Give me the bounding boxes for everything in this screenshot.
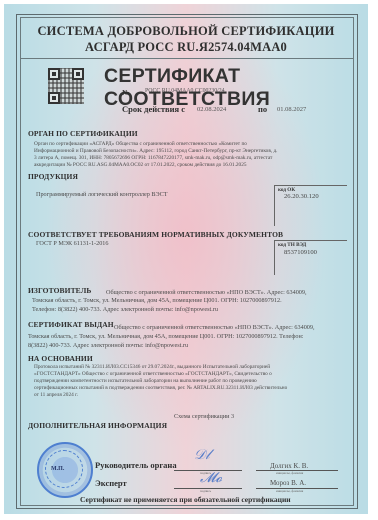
certificate-page: СИСТЕМА ДОБРОВОЛЬНОЙ СЕРТИФИКАЦИИ АСГАРД…	[4, 4, 368, 514]
section-heading-basis: НА ОСНОВАНИИ	[28, 354, 93, 363]
head-signature: 𝒟𝓁	[194, 447, 210, 463]
manufacturer-line2: Томская область, г. Томск, ул. Мельнична…	[32, 297, 282, 305]
standard-document: ГОСТ Р МЭК 61131-1-2016	[36, 240, 109, 248]
section-heading-cert-body: ОРГАН ПО СЕРТИФИКАЦИИ	[28, 129, 138, 138]
seal-stamp: М.П.	[37, 442, 93, 498]
head-name-caption: инициалы, фамилия	[276, 471, 303, 475]
expert-name: Мороз В. А.	[270, 479, 306, 487]
footer-note: Сертификат не применяется при обязательн…	[80, 495, 291, 504]
issued-to-line1: Общество с ограниченной ответственностью…	[114, 324, 315, 332]
basis-text: Протокола испытаний № 32311.ИЛ03.СС15346…	[34, 364, 349, 399]
head-label: Руководитель органа	[95, 460, 177, 470]
issued-to-line2: Томская область, г. Томск, ул. Мельнична…	[28, 333, 304, 341]
system-name-line1: СИСТЕМА ДОБРОВОЛЬНОЙ СЕРТИФИКАЦИИ	[20, 24, 352, 39]
qr-code	[48, 68, 84, 104]
section-heading-issued-to: СЕРТИФИКАТ ВЫДАН	[28, 320, 114, 329]
section-heading-product: ПРОДУКЦИЯ	[28, 172, 78, 181]
expert-name-caption: инициалы, фамилия	[276, 489, 303, 493]
valid-from-date: 02.08.2024	[197, 106, 226, 113]
stamp-label: М.П.	[51, 466, 64, 472]
tnved-code-value: 8537109100	[284, 249, 347, 256]
cert-body-text: Орган по сертификации «АСГАРД» Общества …	[34, 141, 344, 169]
tnved-code-label: код ТН ВЭД	[278, 242, 347, 248]
system-registration: АСГАРД РОСС RU.Я2574.04МАА0	[20, 40, 352, 55]
section-heading-standards: СООТВЕТСТВУЕТ ТРЕБОВАНИЯМ НОРМАТИВНЫХ ДО…	[28, 230, 283, 239]
issued-to-line3: 8(3822) 400-733. Адрес электронной почты…	[28, 342, 188, 350]
section-heading-additional: ДОПОЛНИТЕЛЬНАЯ ИНФОРМАЦИЯ	[28, 421, 167, 430]
valid-to-date: 01.08.2027	[277, 106, 306, 113]
expert-signature: 𝓜𝓸	[200, 470, 222, 486]
product-name: Программируемый логический контроллер ВЭ…	[36, 191, 168, 199]
manufacturer-line3: Телефон: 8(3822) 400-733. Адрес электрон…	[32, 306, 218, 314]
expert-sign-caption: подпись	[200, 489, 211, 493]
number-label: №	[122, 88, 130, 97]
tnved-code-box: код ТН ВЭД 8537109100	[274, 240, 347, 275]
valid-to-label: по	[258, 104, 267, 114]
certificate-number: РОСС RU.04МАА0.СС00230/24	[145, 88, 225, 94]
validity-label: Срок действия с	[122, 104, 185, 114]
ok-code-value: 26.20.30.120	[284, 193, 347, 200]
section-heading-manufacturer: ИЗГОТОВИТЕЛЬ	[28, 286, 91, 295]
ok-code-box: код ОК 26.20.30.120	[274, 185, 347, 226]
divider	[20, 58, 353, 59]
certification-scheme: Схема сертификации 3	[174, 413, 234, 421]
expert-label: Эксперт	[95, 478, 127, 488]
